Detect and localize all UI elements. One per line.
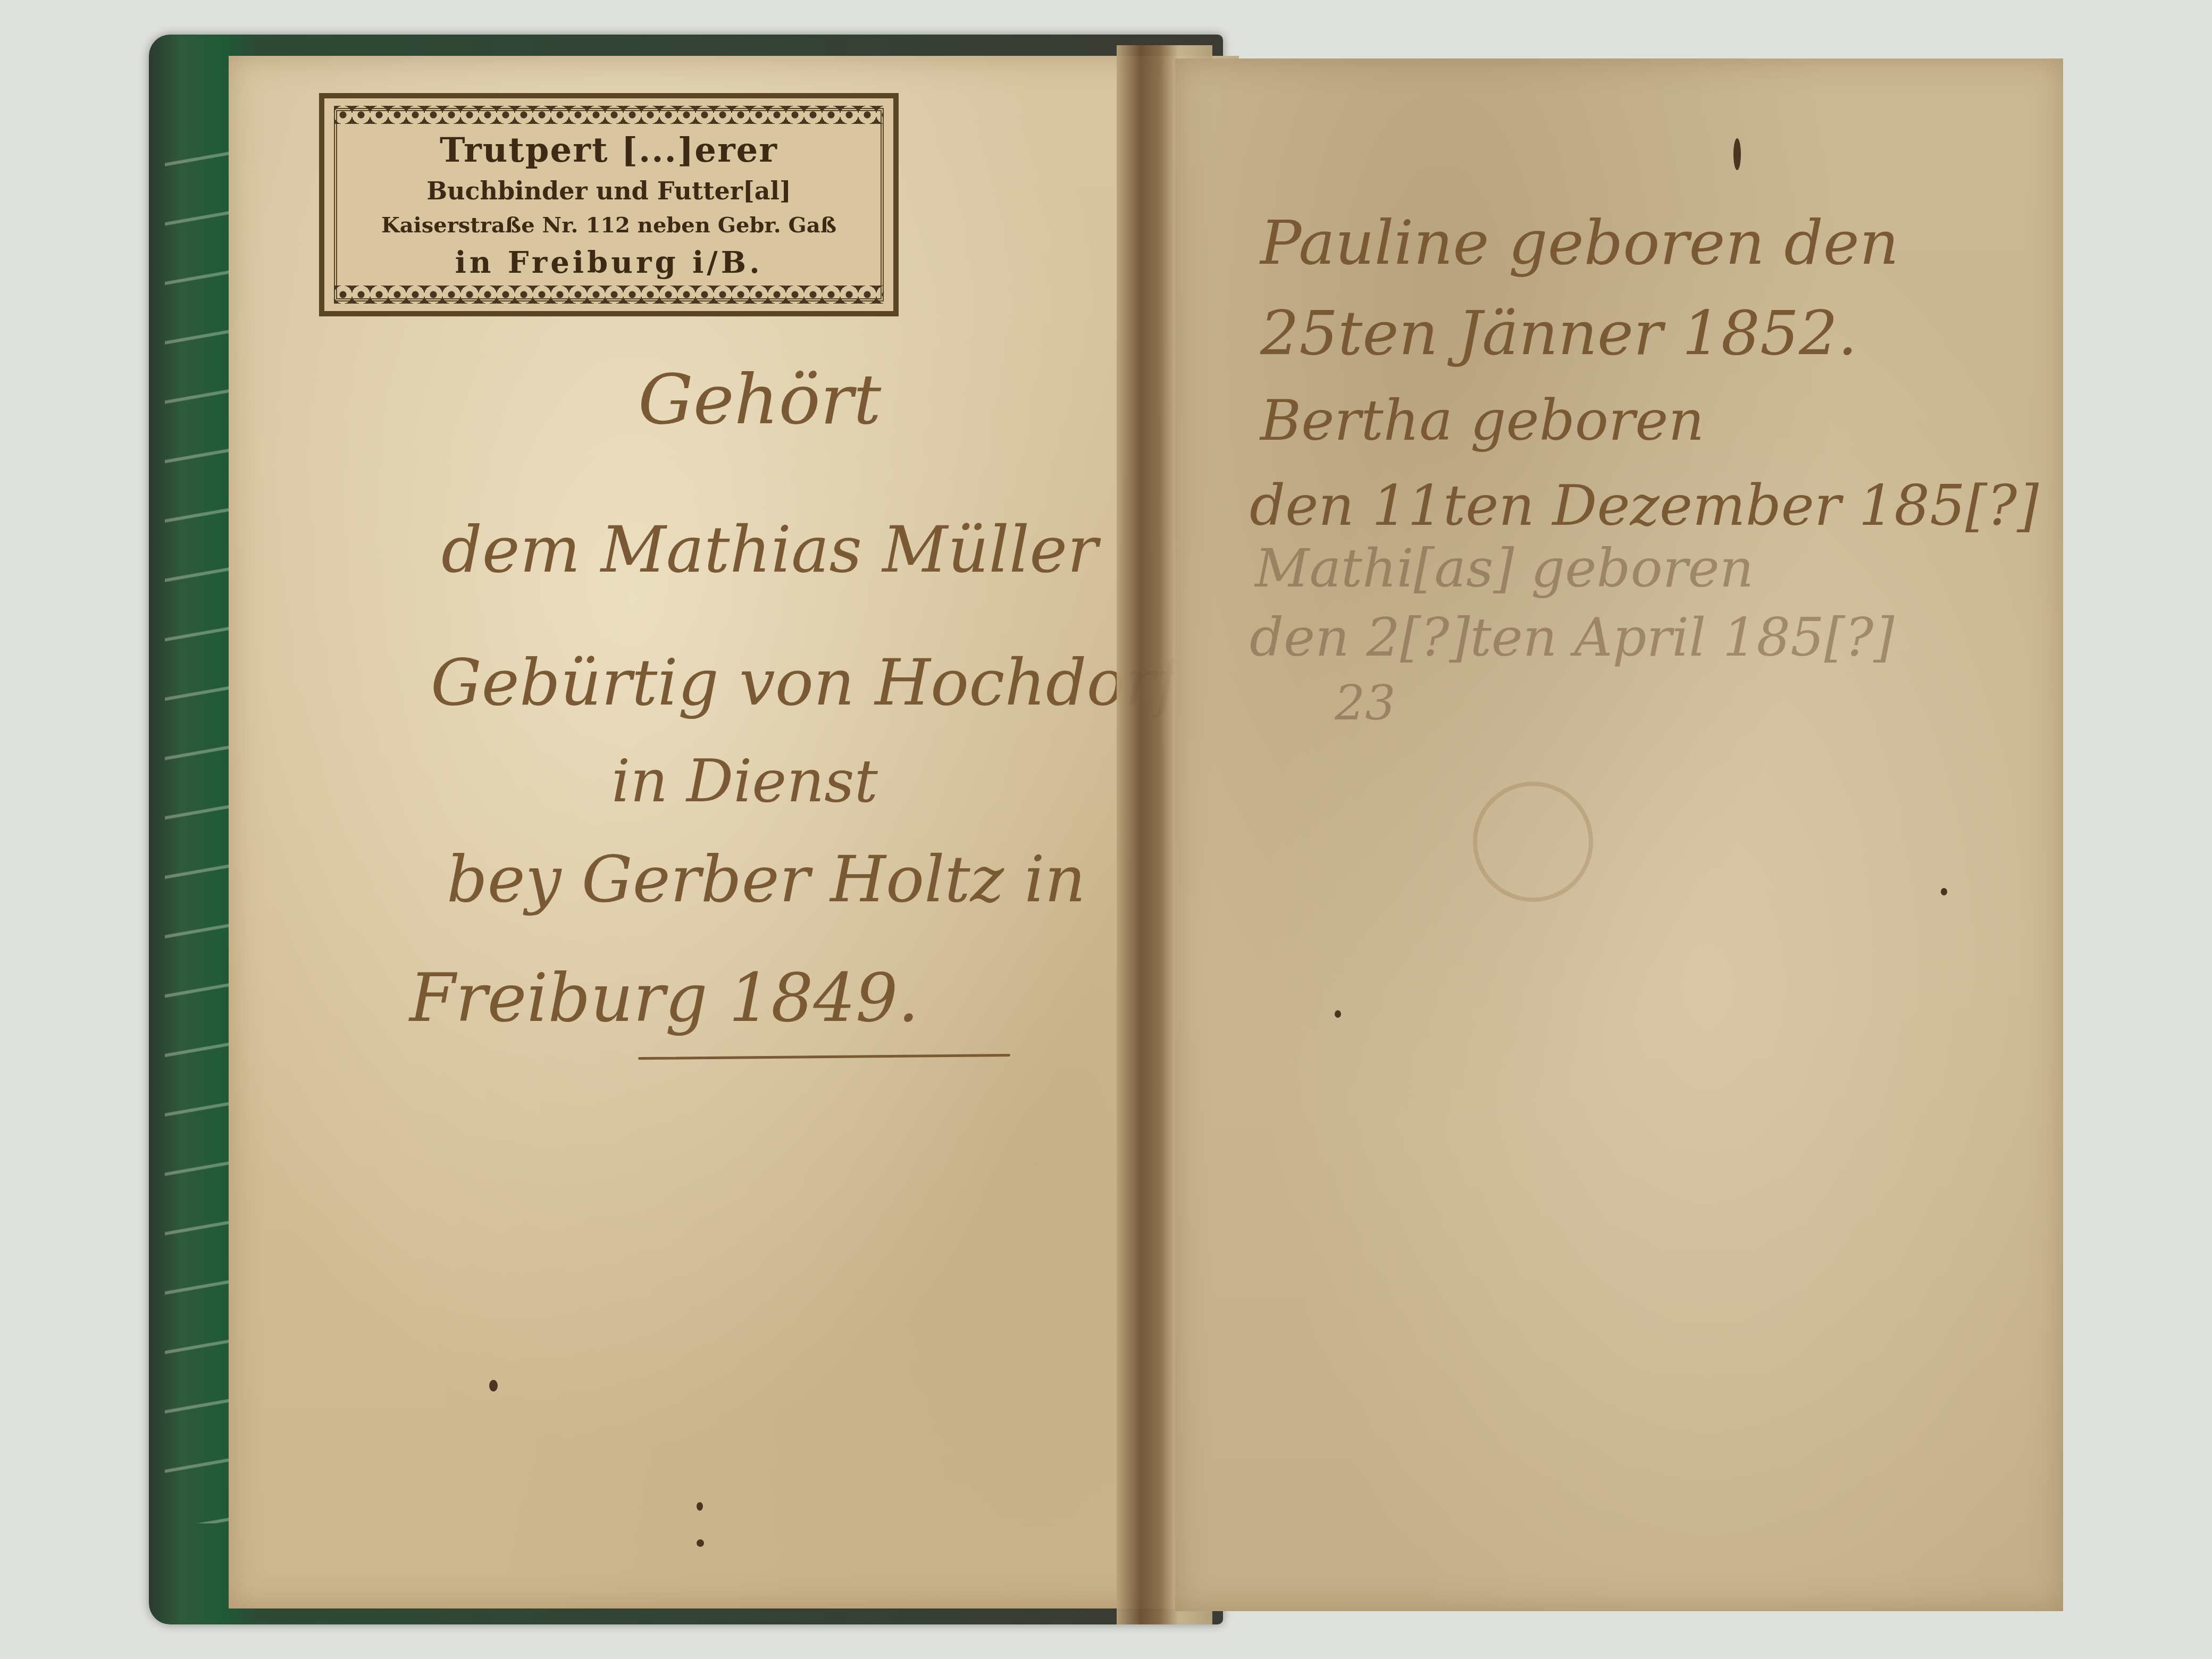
label-ornament-bottom <box>334 286 884 304</box>
ink-spot <box>1335 1010 1341 1018</box>
label-city: in Freiburg i/B. <box>324 245 893 280</box>
entry-pauline-line1: Pauline geboren den <box>1260 207 1899 279</box>
label-trade: Buchbinder und Futter[al] <box>324 177 893 205</box>
inscription-owner-name: dem Mathias Müller <box>441 513 1098 587</box>
inscription-employment: in Dienst <box>611 747 878 815</box>
inscription-birthplace: Gebürtig von Hochdorf <box>431 646 1179 720</box>
water-stain <box>1473 782 1593 902</box>
open-book: Trutpert [...]erer Buchbinder und Futter… <box>149 24 2095 1624</box>
entry-mathias-note: 23 <box>1335 675 1396 731</box>
ink-spot <box>1733 138 1741 170</box>
inscription-gehoert: Gehört <box>638 359 881 440</box>
entry-bertha-line1: Bertha geboren <box>1260 388 1704 453</box>
ink-spot <box>697 1502 703 1511</box>
label-address: Kaiserstraße Nr. 112 neben Gebr. Gaß <box>324 213 893 238</box>
right-flyleaf-page: Pauline geboren den 25ten Jänner 1852. B… <box>1175 58 2063 1611</box>
entry-mathias-line2: den 2[?]ten April 185[?] <box>1250 606 1895 668</box>
ink-spot <box>697 1539 704 1547</box>
ink-spot <box>1941 888 1947 895</box>
entry-bertha-line2: den 11ten Dezember 185[?] <box>1250 473 2039 538</box>
inscription-employer: bey Gerber Holtz in <box>447 843 1086 917</box>
bookbinder-label: Trutpert [...]erer Buchbinder und Futter… <box>319 93 899 316</box>
ink-spot <box>489 1380 498 1392</box>
left-flyleaf-page: Trutpert [...]erer Buchbinder und Futter… <box>229 56 1239 1608</box>
entry-pauline-line2: 25ten Jänner 1852. <box>1260 298 1857 369</box>
inscription-underline <box>638 1054 1010 1060</box>
label-binder-name: Trutpert [...]erer <box>324 130 893 170</box>
label-ornament-top <box>334 106 884 124</box>
entry-mathias-line1: Mathi[as] geboren <box>1255 537 1754 599</box>
inscription-place-year: Freiburg 1849. <box>409 960 919 1037</box>
